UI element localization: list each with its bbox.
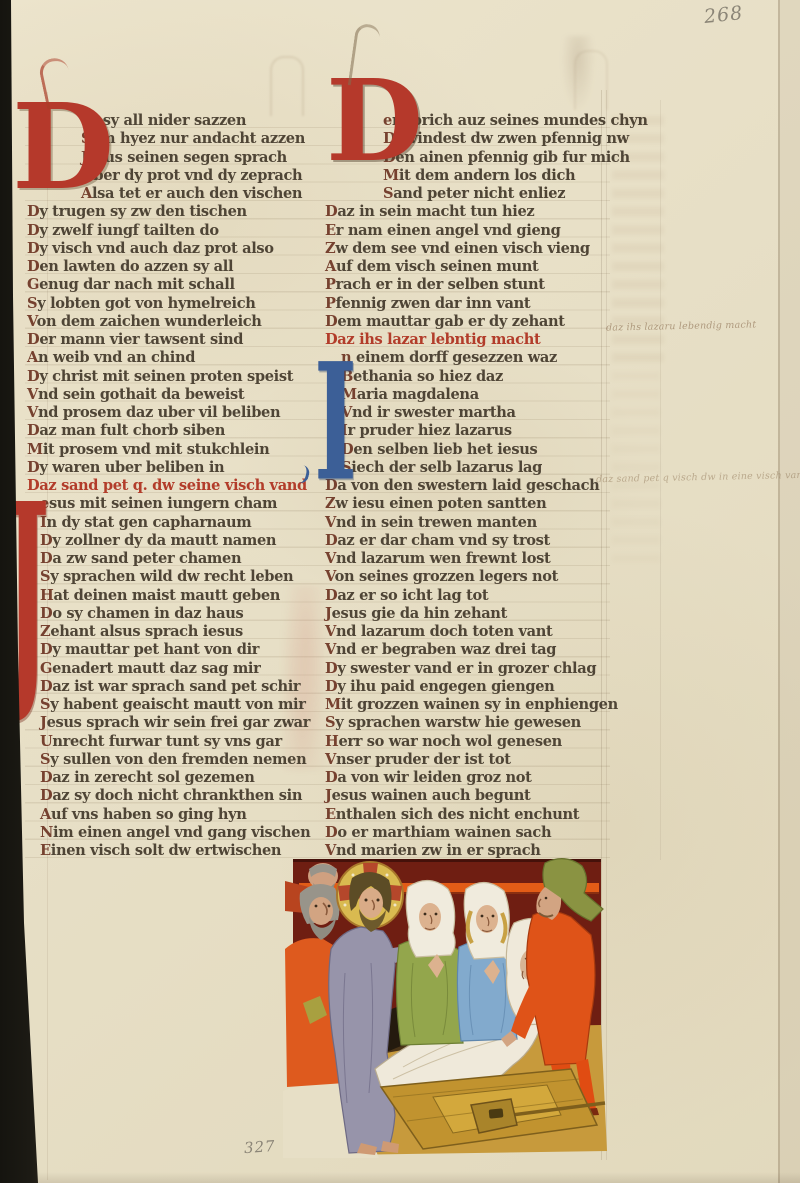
rubricator-guide-note-1: daz ihs lazaru lebendig macht — [606, 319, 757, 333]
manuscript-page: 268 327 daz ihs lazaru lebendig macht da… — [0, 0, 800, 1183]
text-line: Er nam einen angel vnd gieng — [325, 222, 610, 240]
text-line: Jesus wainen auch begunt — [325, 787, 610, 805]
text-line: Daz sy doch nicht chrankthen sin — [27, 787, 307, 805]
lazarus-miniature — [283, 853, 613, 1158]
text-line: esus mit seinen iungern cham — [27, 495, 307, 513]
text-line: Mit prosem vnd mit stukchlein — [27, 441, 307, 459]
line-capital: V — [325, 751, 336, 768]
text-line: Dy ihu paid engegen giengen — [325, 678, 610, 696]
decorated-initial-d-right: D — [326, 66, 423, 178]
line-capital: V — [325, 641, 336, 658]
text-line: Do er marthiam wainen sach — [325, 824, 610, 842]
text-line: Vnd sein gothait da beweist — [27, 386, 307, 404]
line-capital: V — [325, 568, 335, 585]
folio-number: 268 — [703, 2, 744, 28]
text-line: Mit grozzen wainen sy in enphiengen — [325, 696, 610, 714]
text-line: Vnd lazarum doch toten vant — [325, 623, 610, 641]
text-line: Sy sprachen warstw hie gewesen — [325, 714, 610, 732]
line-capital: D — [40, 769, 52, 786]
line-capital: S — [325, 714, 335, 731]
text-line: Daz in zerecht sol gezemen — [27, 769, 307, 787]
text-column-left: az sy all nider sazzenSem hyez nur andac… — [27, 112, 307, 860]
show-through-text-2 — [612, 372, 660, 562]
text-line: Da von den swestern laid geschach — [325, 477, 610, 495]
text-line: Zehant alsus sprach iesus — [27, 623, 307, 641]
line-capital: N — [40, 824, 53, 841]
line-capital: J — [325, 787, 332, 804]
line-capital: S — [27, 295, 37, 312]
text-line: Zw iesu einen poten santten — [325, 495, 610, 513]
text-line: Auf vns haben so ging hyn — [27, 806, 307, 824]
line-capital: V — [27, 313, 37, 330]
text-line: n einem dorff gesezzen waz — [325, 349, 610, 367]
text-line: Hat deinen maist mautt geben — [27, 587, 307, 605]
faint-arch-sketch — [270, 56, 304, 116]
line-capital: V — [325, 550, 336, 567]
show-through-figure — [560, 36, 596, 116]
line-capital: V — [325, 623, 336, 640]
text-line: Vnd lazarum wen frewnt lost — [325, 550, 610, 568]
rubric-line: Daz sand pet q. dw seine visch vand — [27, 477, 307, 495]
text-line: Daz in sein macht tun hiez — [325, 203, 610, 221]
line-capital: V — [27, 386, 38, 403]
line-capital: D — [325, 660, 337, 677]
text-line: Bethania so hiez daz — [325, 368, 610, 386]
text-line: Daz ist war sprach sand pet schir — [27, 678, 307, 696]
text-line: Da zw sand peter chamen — [27, 550, 307, 568]
text-line: Unrecht furwar tunt sy vns gar — [27, 733, 307, 751]
text-line: Sy sullen von den fremden nemen — [27, 751, 307, 769]
text-line: Daz man fult chorb siben — [27, 422, 307, 440]
line-capital: P — [325, 295, 336, 312]
line-capital: D — [325, 824, 337, 841]
text-line: Dy zollner dy da mautt namen — [27, 532, 307, 550]
line-capital: D — [27, 368, 39, 385]
text-line: Pfennig zwen dar inn vant — [325, 295, 610, 313]
text-line: Jesus gie da hin zehant — [325, 605, 610, 623]
text-line: Jesus sprach wir sein frei gar zwar — [27, 714, 307, 732]
text-line: Auf dem visch seinen munt — [325, 258, 610, 276]
rubric-line: Daz ihs lazar lebntig macht — [325, 331, 610, 349]
line-capital: H — [325, 733, 338, 750]
text-line: Den lawten do azzen sy all — [27, 258, 307, 276]
text-line: Sand peter nicht enliez — [325, 185, 610, 203]
text-line: Dy zwelf iungf tailten do — [27, 222, 307, 240]
text-line: Da von wir leiden groz not — [325, 769, 610, 787]
text-line: Vnser pruder der ist tot — [325, 751, 610, 769]
text-line: Dy visch vnd auch daz prot also — [27, 240, 307, 258]
line-capital: D — [325, 769, 337, 786]
line-capital: S — [40, 751, 50, 768]
line-capital: J — [325, 605, 332, 622]
text-line: Einen visch solt dw ertwischen — [27, 842, 307, 860]
text-line: Maria magdalena — [325, 386, 610, 404]
text-line: Prach er in der selben stunt — [325, 276, 610, 294]
decorated-initial-i-right: I — [314, 342, 357, 503]
page-edge-shade — [780, 0, 800, 1183]
line-capital: E — [325, 806, 336, 823]
line-capital: A — [40, 806, 51, 823]
text-line: Ir pruder hiez lazarus — [325, 422, 610, 440]
line-capital: D — [27, 422, 39, 439]
text-line: Dy mauttar pet hant von dir — [27, 641, 307, 659]
line-capital: G — [27, 276, 39, 293]
line-capital: D — [325, 532, 337, 549]
text-line: Der mann vier tawsent sind — [27, 331, 307, 349]
text-line: Sy habent geaischt mautt von mir — [27, 696, 307, 714]
text-line: Nim einen angel vnd gang vischen — [27, 824, 307, 842]
line-capital: D — [325, 678, 337, 695]
line-capital: U — [40, 733, 52, 750]
text-line: Dem mauttar gab er dy zehant — [325, 313, 610, 331]
text-line: Herr so war noch wol genesen — [325, 733, 610, 751]
line-capital: D — [325, 203, 337, 220]
text-line: Genug dar nach mit schall — [27, 276, 307, 294]
text-line: Dy swester vand er in grozer chlag — [325, 660, 610, 678]
text-line: Zw dem see vnd einen visch vieng — [325, 240, 610, 258]
line-capital: A — [27, 349, 38, 366]
text-line: Daz er dar cham vnd sy trost — [325, 532, 610, 550]
text-line: Sy sprachen wild dw recht leben — [27, 568, 307, 586]
text-line: Den selben lieb het iesus — [325, 441, 610, 459]
text-line: Do sy chamen in daz haus — [27, 605, 307, 623]
text-line: Dy christ mit seinen proten speist — [27, 368, 307, 386]
line-capital: P — [325, 276, 336, 293]
line-capital: D — [27, 222, 39, 239]
line-capital: D — [27, 258, 39, 275]
line-capital: D — [325, 587, 337, 604]
text-line: Vnd er begraben waz drei tag — [325, 641, 610, 659]
text-line: Dy waren uber beliben in — [27, 459, 307, 477]
line-capital: D — [40, 787, 52, 804]
text-line: Vnd in sein trewen manten — [325, 514, 610, 532]
text-line: Vnd prosem daz uber vil beliben — [27, 404, 307, 422]
text-line: An weib vnd an chind — [27, 349, 307, 367]
decorated-initial-d-left: D — [12, 88, 114, 206]
line-capital: E — [325, 222, 336, 239]
text-line: Vnd ir swester martha — [325, 404, 610, 422]
line-capital: D — [27, 331, 39, 348]
pencil-number: 327 — [243, 1137, 276, 1157]
line-capital: E — [40, 842, 51, 859]
text-line: Enthalen sich des nicht enchunt — [325, 806, 610, 824]
christ-face — [359, 888, 383, 918]
line-capital: Z — [325, 240, 335, 257]
line-capital: M — [325, 696, 341, 713]
text-line: Sy lobten got von hymelreich — [27, 295, 307, 313]
line-capital: A — [325, 258, 336, 275]
line-capital: S — [383, 185, 393, 202]
page-edge-shadow — [0, 1172, 800, 1183]
text-line: Genadert mautt daz sag mir — [27, 660, 307, 678]
text-column-right: em prich auz seines mundes chynDa vindes… — [325, 112, 610, 860]
text-line: Siech der selb lazarus lag — [325, 459, 610, 477]
line-capital: D — [27, 240, 39, 257]
text-line: Von seines grozzen legers not — [325, 568, 610, 586]
text-line: Daz er so icht lag tot — [325, 587, 610, 605]
mourning-woman-green — [396, 880, 464, 1045]
text-line: Von dem zaichen wunderleich — [27, 313, 307, 331]
line-capital: V — [27, 404, 38, 421]
text-line: In dy stat gen capharnaum — [27, 514, 307, 532]
